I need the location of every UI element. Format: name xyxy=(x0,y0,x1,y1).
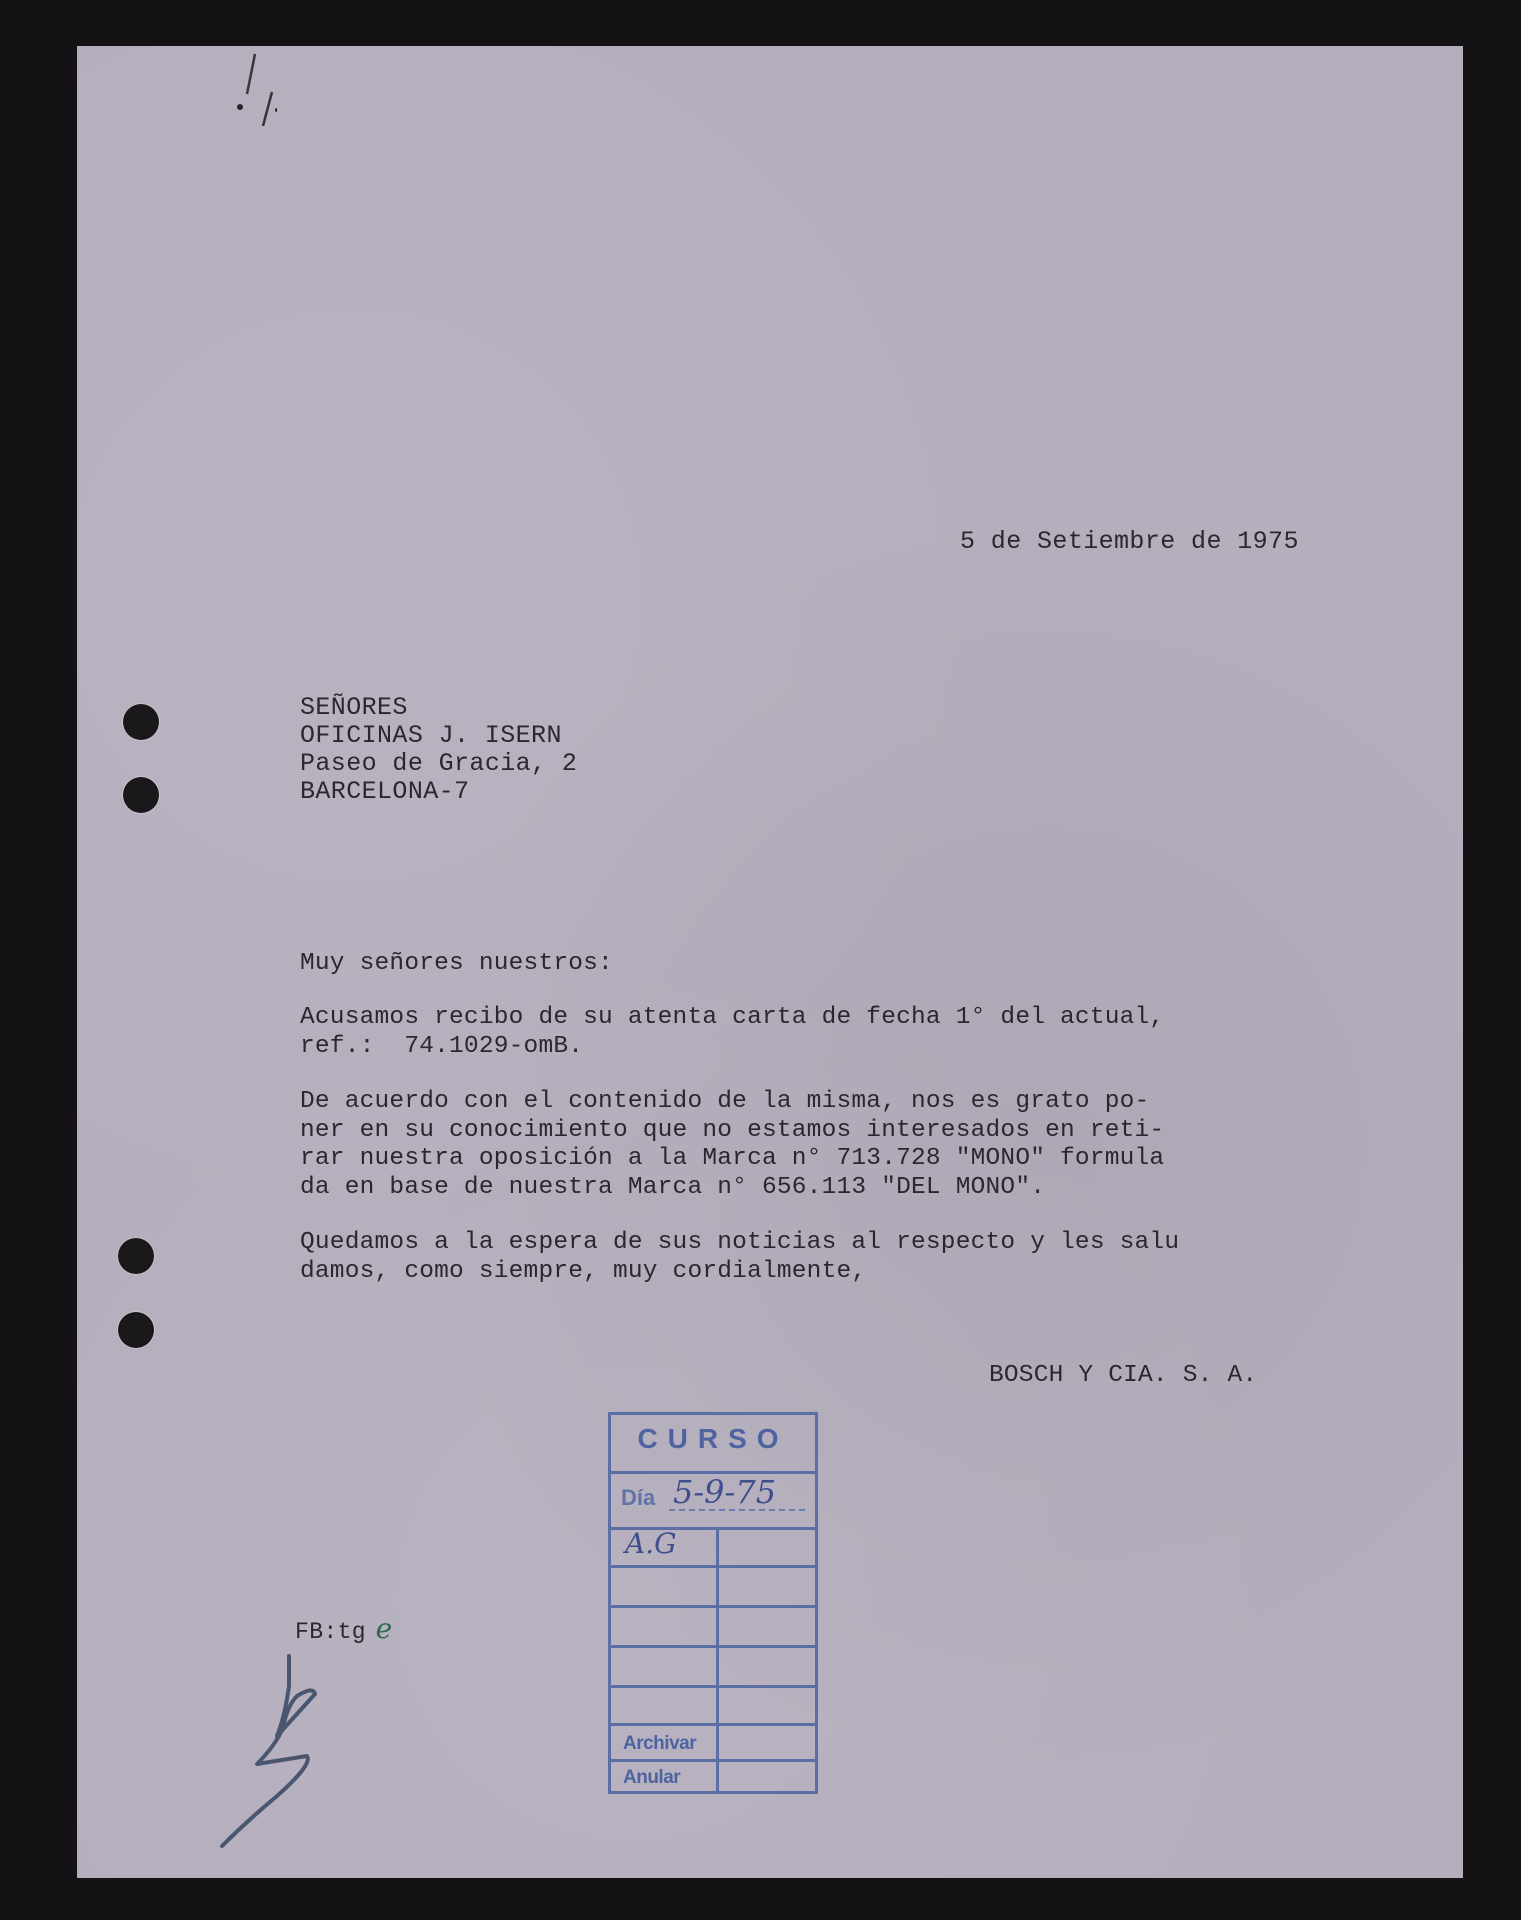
stamp-dia-label: Día xyxy=(621,1485,655,1511)
body-line: Acusamos recibo de su atenta carta de fe… xyxy=(300,1004,1179,1033)
punch-hole xyxy=(118,1312,154,1348)
stamp-divider xyxy=(611,1685,815,1688)
paragraph: De acuerdo con el contenido de la misma,… xyxy=(300,1088,1179,1202)
stamp-divider xyxy=(611,1723,815,1726)
salutation: Muy señores nuestros: xyxy=(300,950,613,979)
recipient-line: OFICINAS J. ISERN xyxy=(300,722,577,750)
stamp-divider xyxy=(611,1565,815,1568)
punch-hole xyxy=(118,1238,154,1274)
stamp-archivar-label: Archivar xyxy=(623,1733,696,1755)
handwritten-initial: e xyxy=(376,1612,393,1645)
stamp-divider xyxy=(611,1759,815,1762)
stamp-divider xyxy=(611,1645,815,1648)
typed-initials: FB:tg xyxy=(295,1619,366,1645)
body-line: rar nuestra oposición a la Marca n° 713.… xyxy=(300,1145,1179,1174)
signature-company: BOSCH Y CIA. S. A. xyxy=(989,1362,1257,1391)
letter-page: 5 de Setiembre de 1975 SEÑORES OFICINAS … xyxy=(77,46,1463,1878)
reference-initials: FB:tg e xyxy=(295,1612,392,1646)
stamp-anular-label: Anular xyxy=(623,1767,680,1789)
curso-stamp: CURSO Día 5-9-75 A.G Archivar Anular xyxy=(608,1412,818,1794)
letter-body: Acusamos recibo de su atenta carta de fe… xyxy=(300,1004,1179,1313)
signature-icon xyxy=(217,1646,337,1856)
recipient-line: Paseo de Gracia, 2 xyxy=(300,750,577,778)
body-line: damos, como siempre, muy cordialmente, xyxy=(300,1258,1179,1287)
punch-hole xyxy=(123,704,159,740)
paragraph: Quedamos a la espera de sus noticias al … xyxy=(300,1229,1179,1286)
stamp-divider xyxy=(611,1605,815,1608)
body-line: da en base de nuestra Marca n° 656.113 "… xyxy=(300,1174,1179,1203)
stamp-title: CURSO xyxy=(611,1423,815,1455)
stamp-dia-value: 5-9-75 xyxy=(673,1473,776,1511)
stamp-row1-left: A.G xyxy=(625,1527,677,1560)
recipient-address: SEÑORES OFICINAS J. ISERN Paseo de Graci… xyxy=(300,694,577,806)
recipient-line: SEÑORES xyxy=(300,694,577,722)
handwritten-mark-icon xyxy=(217,46,277,126)
body-line: Quedamos a la espera de sus noticias al … xyxy=(300,1229,1179,1258)
body-line: ref.: 74.1029-omB. xyxy=(300,1033,1179,1062)
punch-hole xyxy=(123,777,159,813)
letter-date: 5 de Setiembre de 1975 xyxy=(960,528,1299,556)
body-line: ner en su conocimiento que no estamos in… xyxy=(300,1117,1179,1146)
body-line: De acuerdo con el contenido de la misma,… xyxy=(300,1088,1179,1117)
recipient-line: BARCELONA-7 xyxy=(300,778,577,806)
paragraph: Acusamos recibo de su atenta carta de fe… xyxy=(300,1004,1179,1061)
